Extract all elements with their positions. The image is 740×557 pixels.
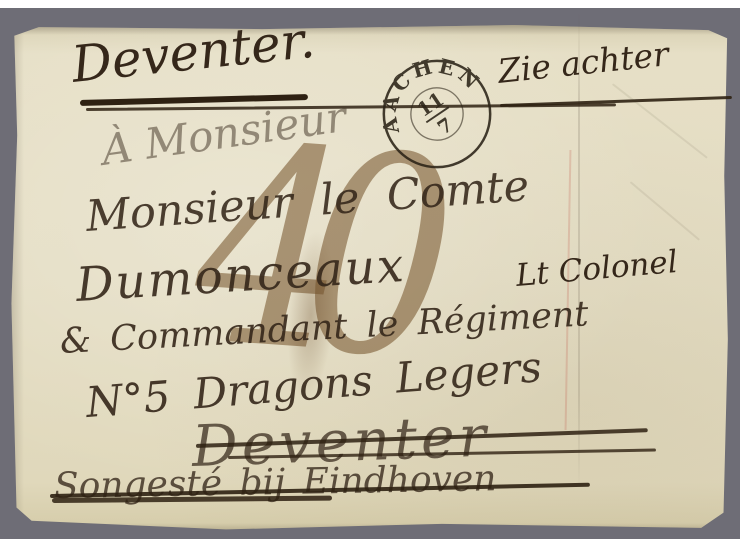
datestamp-month: 7 — [433, 113, 457, 140]
